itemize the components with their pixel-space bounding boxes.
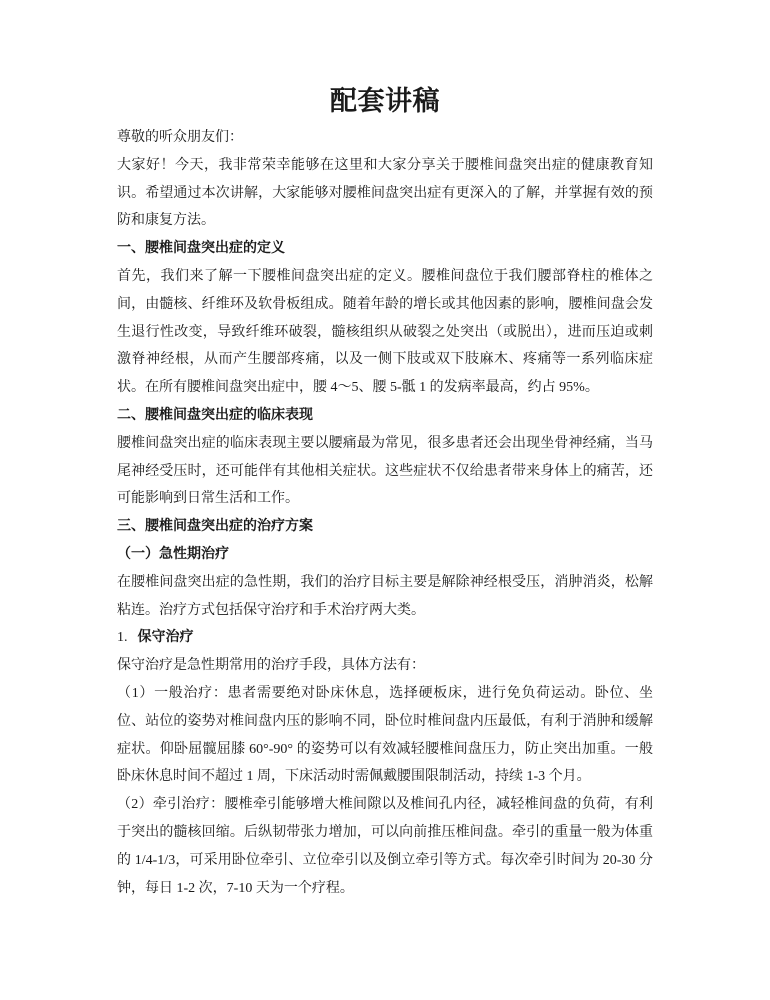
heading-number: 1. <box>117 630 128 645</box>
paragraph: 保守治疗是急性期常用的治疗手段，具体方法有： <box>117 652 653 680</box>
heading-text: 保守治疗 <box>138 630 194 645</box>
document-page: 配套讲稿 尊敬的听众朋友们：大家好！今天，我非常荣幸能够在这里和大家分享关于腰椎… <box>0 0 770 1000</box>
heading: 一、腰椎间盘突出症的定义 <box>117 235 653 263</box>
paragraph: 大家好！今天，我非常荣幸能够在这里和大家分享关于腰椎间盘突出症的健康教育知识。希… <box>117 152 653 235</box>
paragraph: 腰椎间盘突出症的临床表现主要以腰痛最为常见，很多患者还会出现坐骨神经痛，当马尾神… <box>117 430 653 513</box>
document-body: 尊敬的听众朋友们：大家好！今天，我非常荣幸能够在这里和大家分享关于腰椎间盘突出症… <box>117 124 653 902</box>
heading: 三、腰椎间盘突出症的治疗方案 <box>117 513 653 541</box>
subheading: （一）急性期治疗 <box>117 541 653 569</box>
paragraph: 在腰椎间盘突出症的急性期，我们的治疗目标主要是解除神经根受压，消肿消炎，松解粘连… <box>117 569 653 625</box>
paragraph: （2）牵引治疗：腰椎牵引能够增大椎间隙以及椎间孔内径，减轻椎间盘的负荷，有利于突… <box>117 791 653 902</box>
paragraph: 首先，我们来了解一下腰椎间盘突出症的定义。腰椎间盘位于我们腰部脊柱的椎体之间，由… <box>117 263 653 402</box>
heading: 二、腰椎间盘突出症的临床表现 <box>117 402 653 430</box>
numbered-heading: 1.保守治疗 <box>117 624 653 652</box>
paragraph: （1）一般治疗：患者需要绝对卧床休息，选择硬板床，进行免负荷运动。卧位、坐位、站… <box>117 680 653 791</box>
document-title: 配套讲稿 <box>117 84 653 118</box>
paragraph: 尊敬的听众朋友们： <box>117 124 653 152</box>
